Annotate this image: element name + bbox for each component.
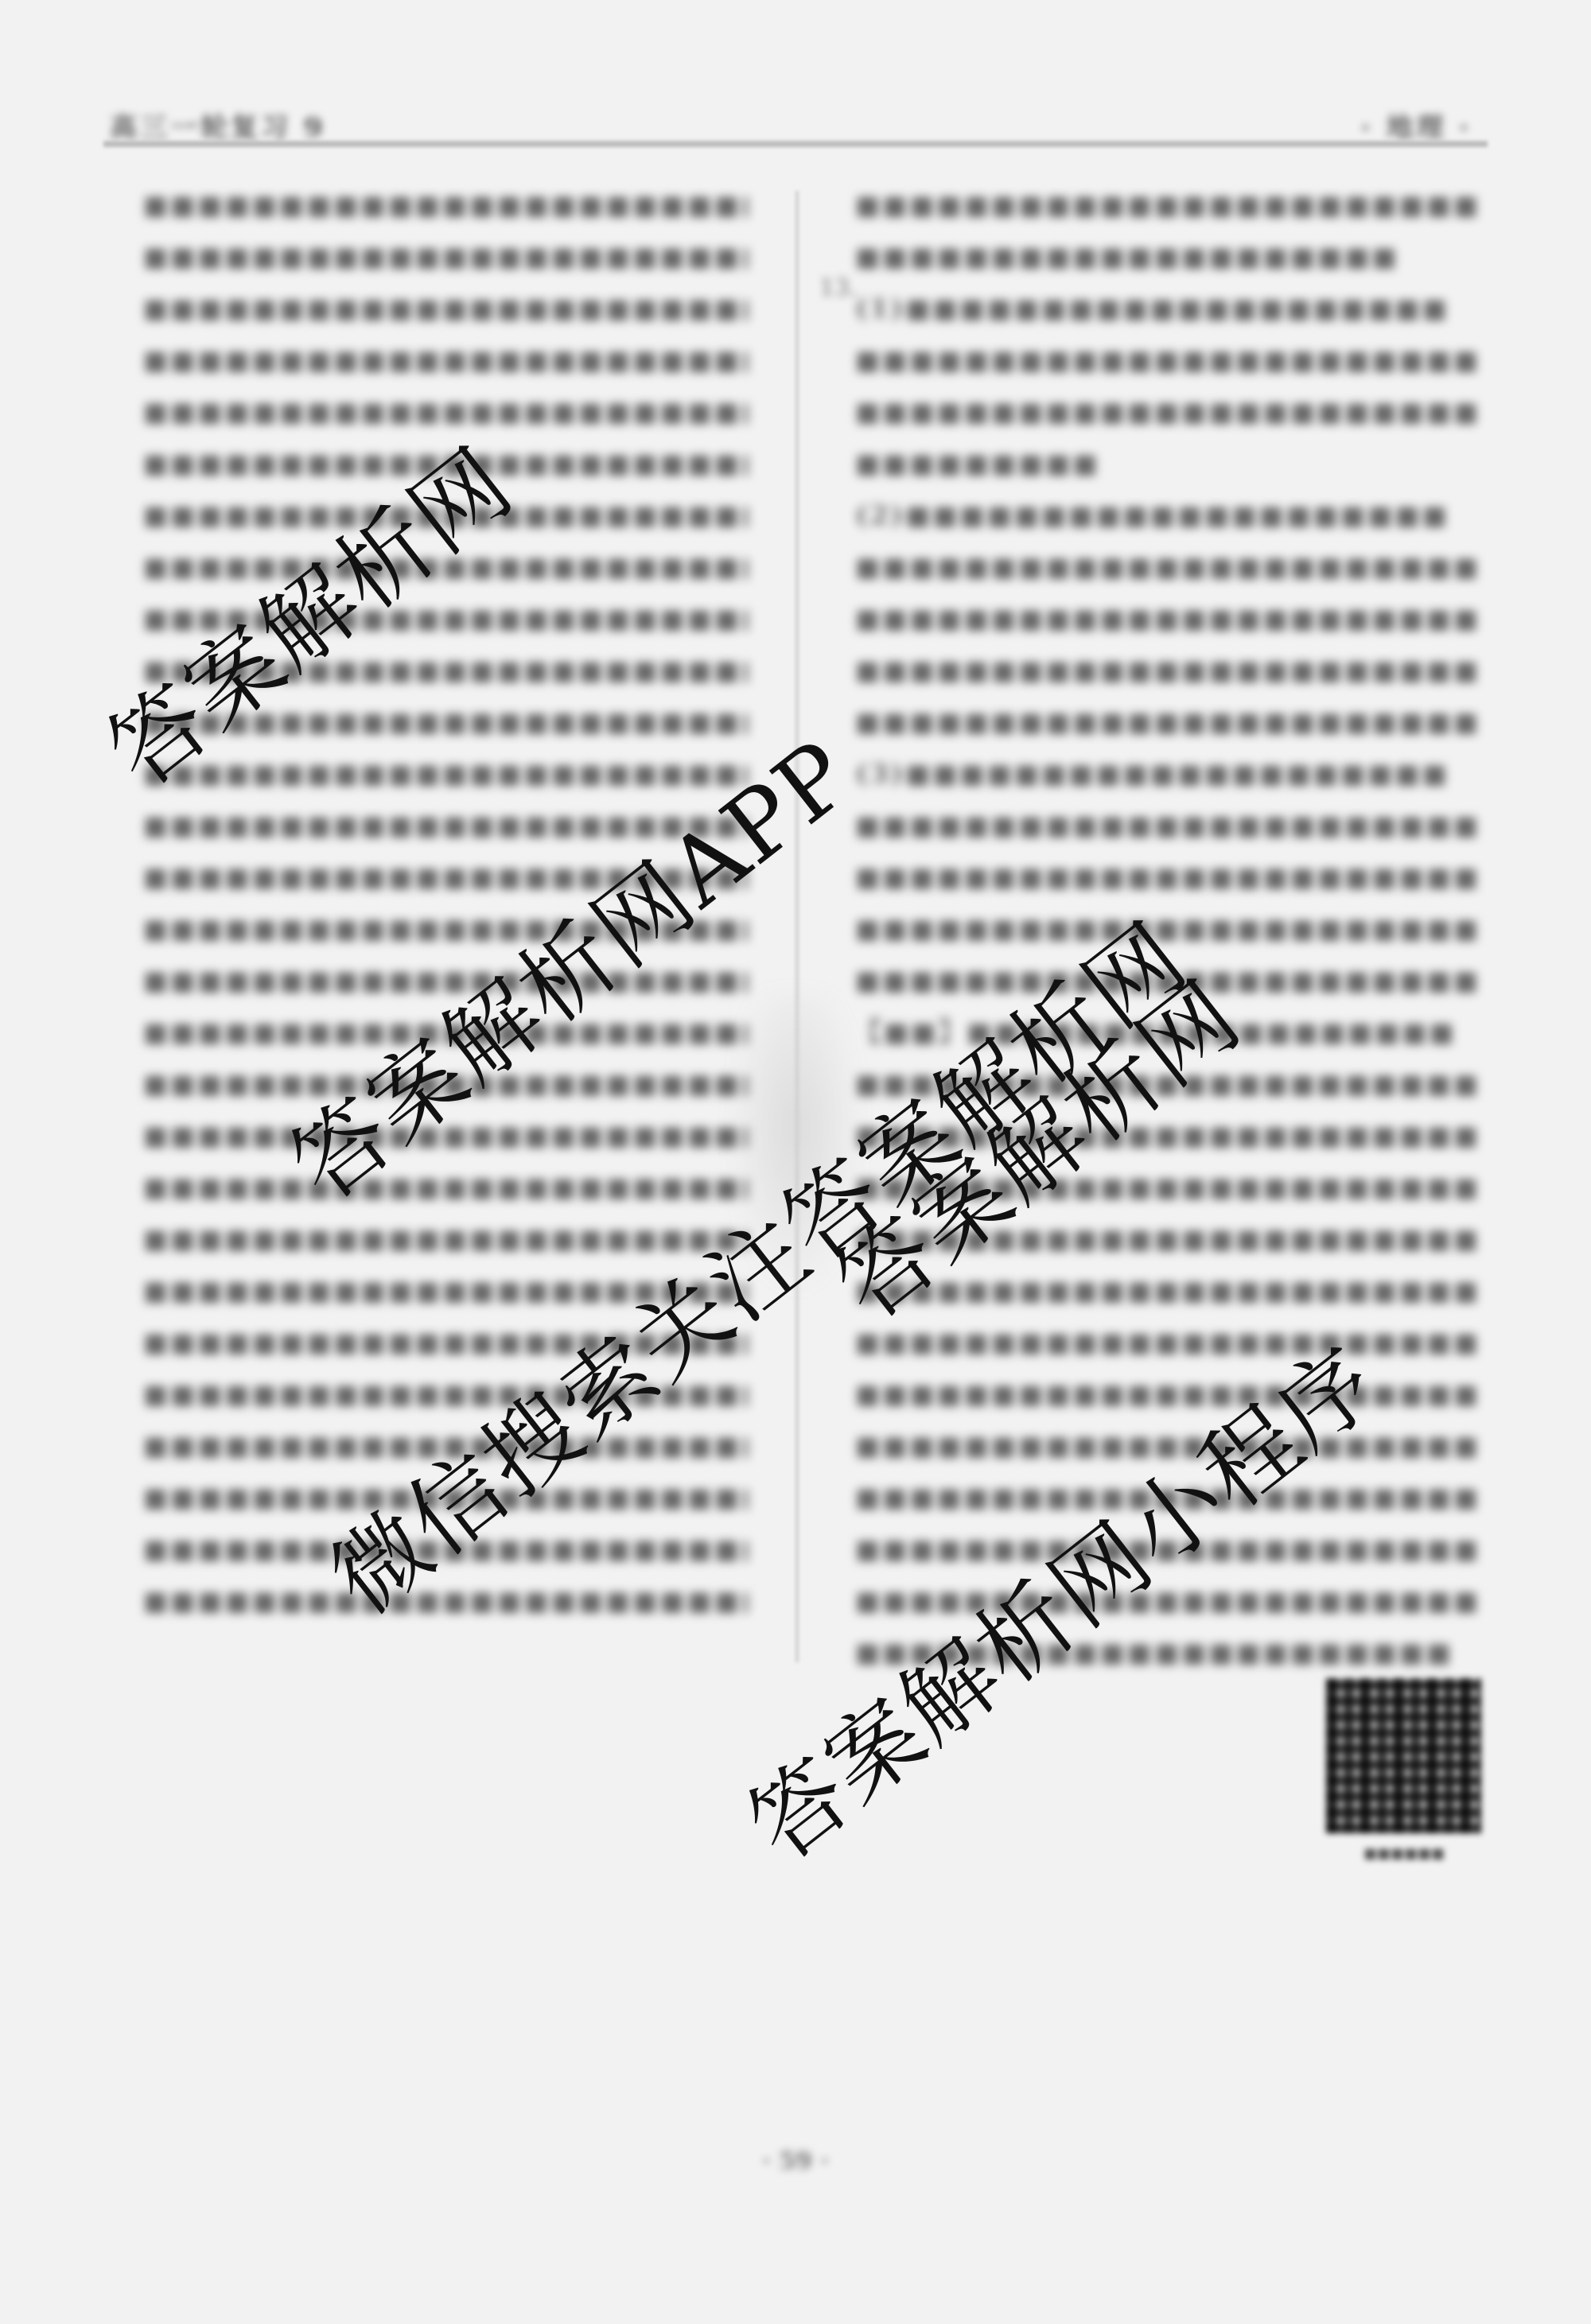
text-line: (1)■■■■■■■■■■■■■■■■■■■■ bbox=[855, 294, 1476, 323]
text-line: ■■■■■■■■■■■■■■■■■■■■■■■ bbox=[143, 760, 748, 788]
text-line: ■■■■■■■■■■■■■■■■■■■■■■■ bbox=[143, 243, 748, 271]
page-header: 高三一轮复习 9 · 地理 · bbox=[103, 99, 1488, 147]
column-divider bbox=[795, 191, 799, 1662]
text-line: ■■■■■■■■■ bbox=[855, 449, 1476, 478]
text-line: ■■■■■■■■■■■■■■■■■■■■■■■ bbox=[855, 811, 1476, 840]
text-line: ■■■■■■■■■■■■■■■■■■■■■■■ bbox=[143, 1587, 748, 1615]
text-line: ■■■■■■■■■■■■■■■■■■■■■■■ bbox=[143, 294, 748, 323]
question-number: 13. bbox=[819, 274, 858, 302]
text-line: ■■■■■■■■■■■■■■■■■■■■■■■ bbox=[855, 1328, 1476, 1357]
text-line: ■■■■■■■■■■■■■■■■■■■■■■■ bbox=[143, 191, 748, 220]
qr-code-icon bbox=[1326, 1678, 1481, 1833]
text-line: ■■■■■■■■■■■■■■■■■■■■ bbox=[855, 243, 1476, 271]
document-page: 高三一轮复习 9 · 地理 · ■■■■■■■■■■■■■■■■■■■■■■■■… bbox=[0, 0, 1591, 2324]
text-line: ■■■■■■■■■■■■■■■■■■■■■■■ bbox=[855, 398, 1476, 426]
text-line: (2)■■■■■■■■■■■■■■■■■■■■ bbox=[855, 501, 1476, 530]
text-line: ■■■■■■■■■■■■■■■■■■■■■■■ bbox=[143, 398, 748, 426]
text-line: ■■■■■■■■■■■■■■■■■■■■■■■ bbox=[855, 191, 1476, 220]
text-line: ■■■■■■■■■■■■■■■■■■■■■■■ bbox=[855, 708, 1476, 736]
header-subject: · 地理 · bbox=[1361, 106, 1472, 145]
header-course-title: 高三一轮复习 9 bbox=[110, 106, 326, 145]
text-line: ■■■■■■■■■■■■■■■■■■■■■■■ bbox=[143, 346, 748, 375]
text-line: ■■■■■■■■■■■■■■■■■■■■■■■ bbox=[855, 863, 1476, 892]
text-line: ■■■■■■■■■■■■■■■■■■■■■■■ bbox=[855, 346, 1476, 375]
qr-caption: ■■■■■■ bbox=[1344, 1845, 1464, 1863]
text-line: ■■■■■■■■■■■■■■■■■■■■■■■ bbox=[143, 1225, 748, 1253]
text-line: ■■■■■■■■■■■■■■■■■■■■■■■ bbox=[855, 656, 1476, 685]
page-number: · 59 · bbox=[748, 2147, 843, 2175]
text-line: ■■■■■■■■■■■■■■■■■■■■■■■ bbox=[855, 604, 1476, 633]
text-line: ■■■■■■■■■■■■■■■■■■■■■■■ bbox=[855, 553, 1476, 581]
text-line: (3)■■■■■■■■■■■■■■■■■■■■ bbox=[855, 760, 1476, 788]
text-line: ■■■■■■■■■■■■■■■■■■■■■■■ bbox=[143, 1173, 748, 1202]
header-divider bbox=[103, 141, 1488, 147]
